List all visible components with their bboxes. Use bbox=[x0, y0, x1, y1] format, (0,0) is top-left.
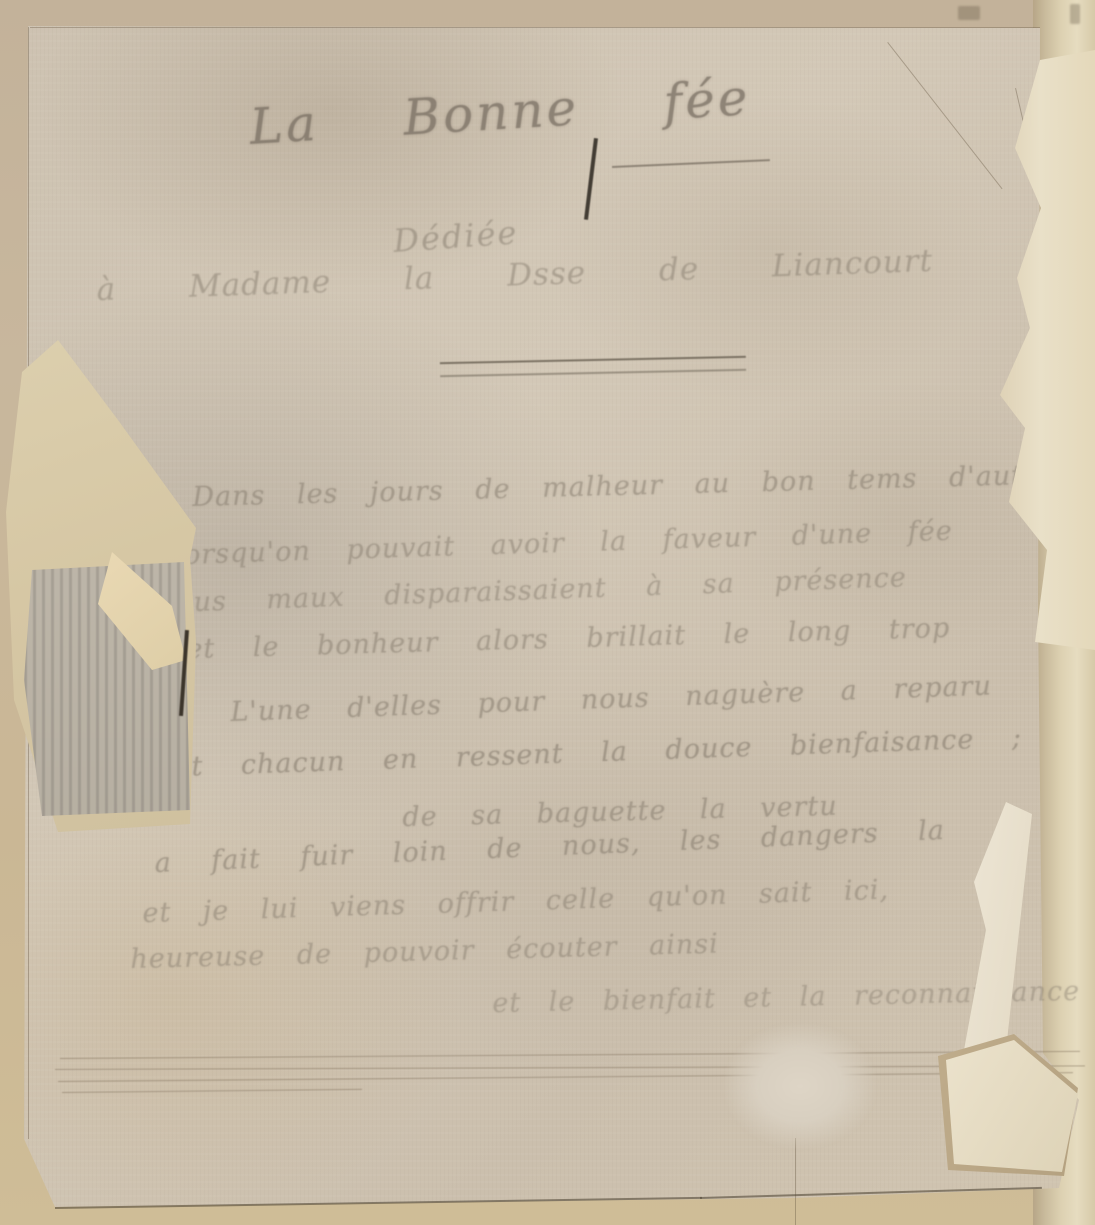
faint-corner-mark bbox=[958, 6, 980, 20]
paper-loss-patch bbox=[722, 1022, 878, 1150]
sheet-top-edge bbox=[30, 27, 1040, 28]
manuscript-photo: { "document": { "title": "La Bonne fée",… bbox=[0, 0, 1095, 1225]
fold-line-bottom bbox=[795, 1138, 796, 1225]
faint-corner-mark bbox=[1070, 4, 1080, 24]
